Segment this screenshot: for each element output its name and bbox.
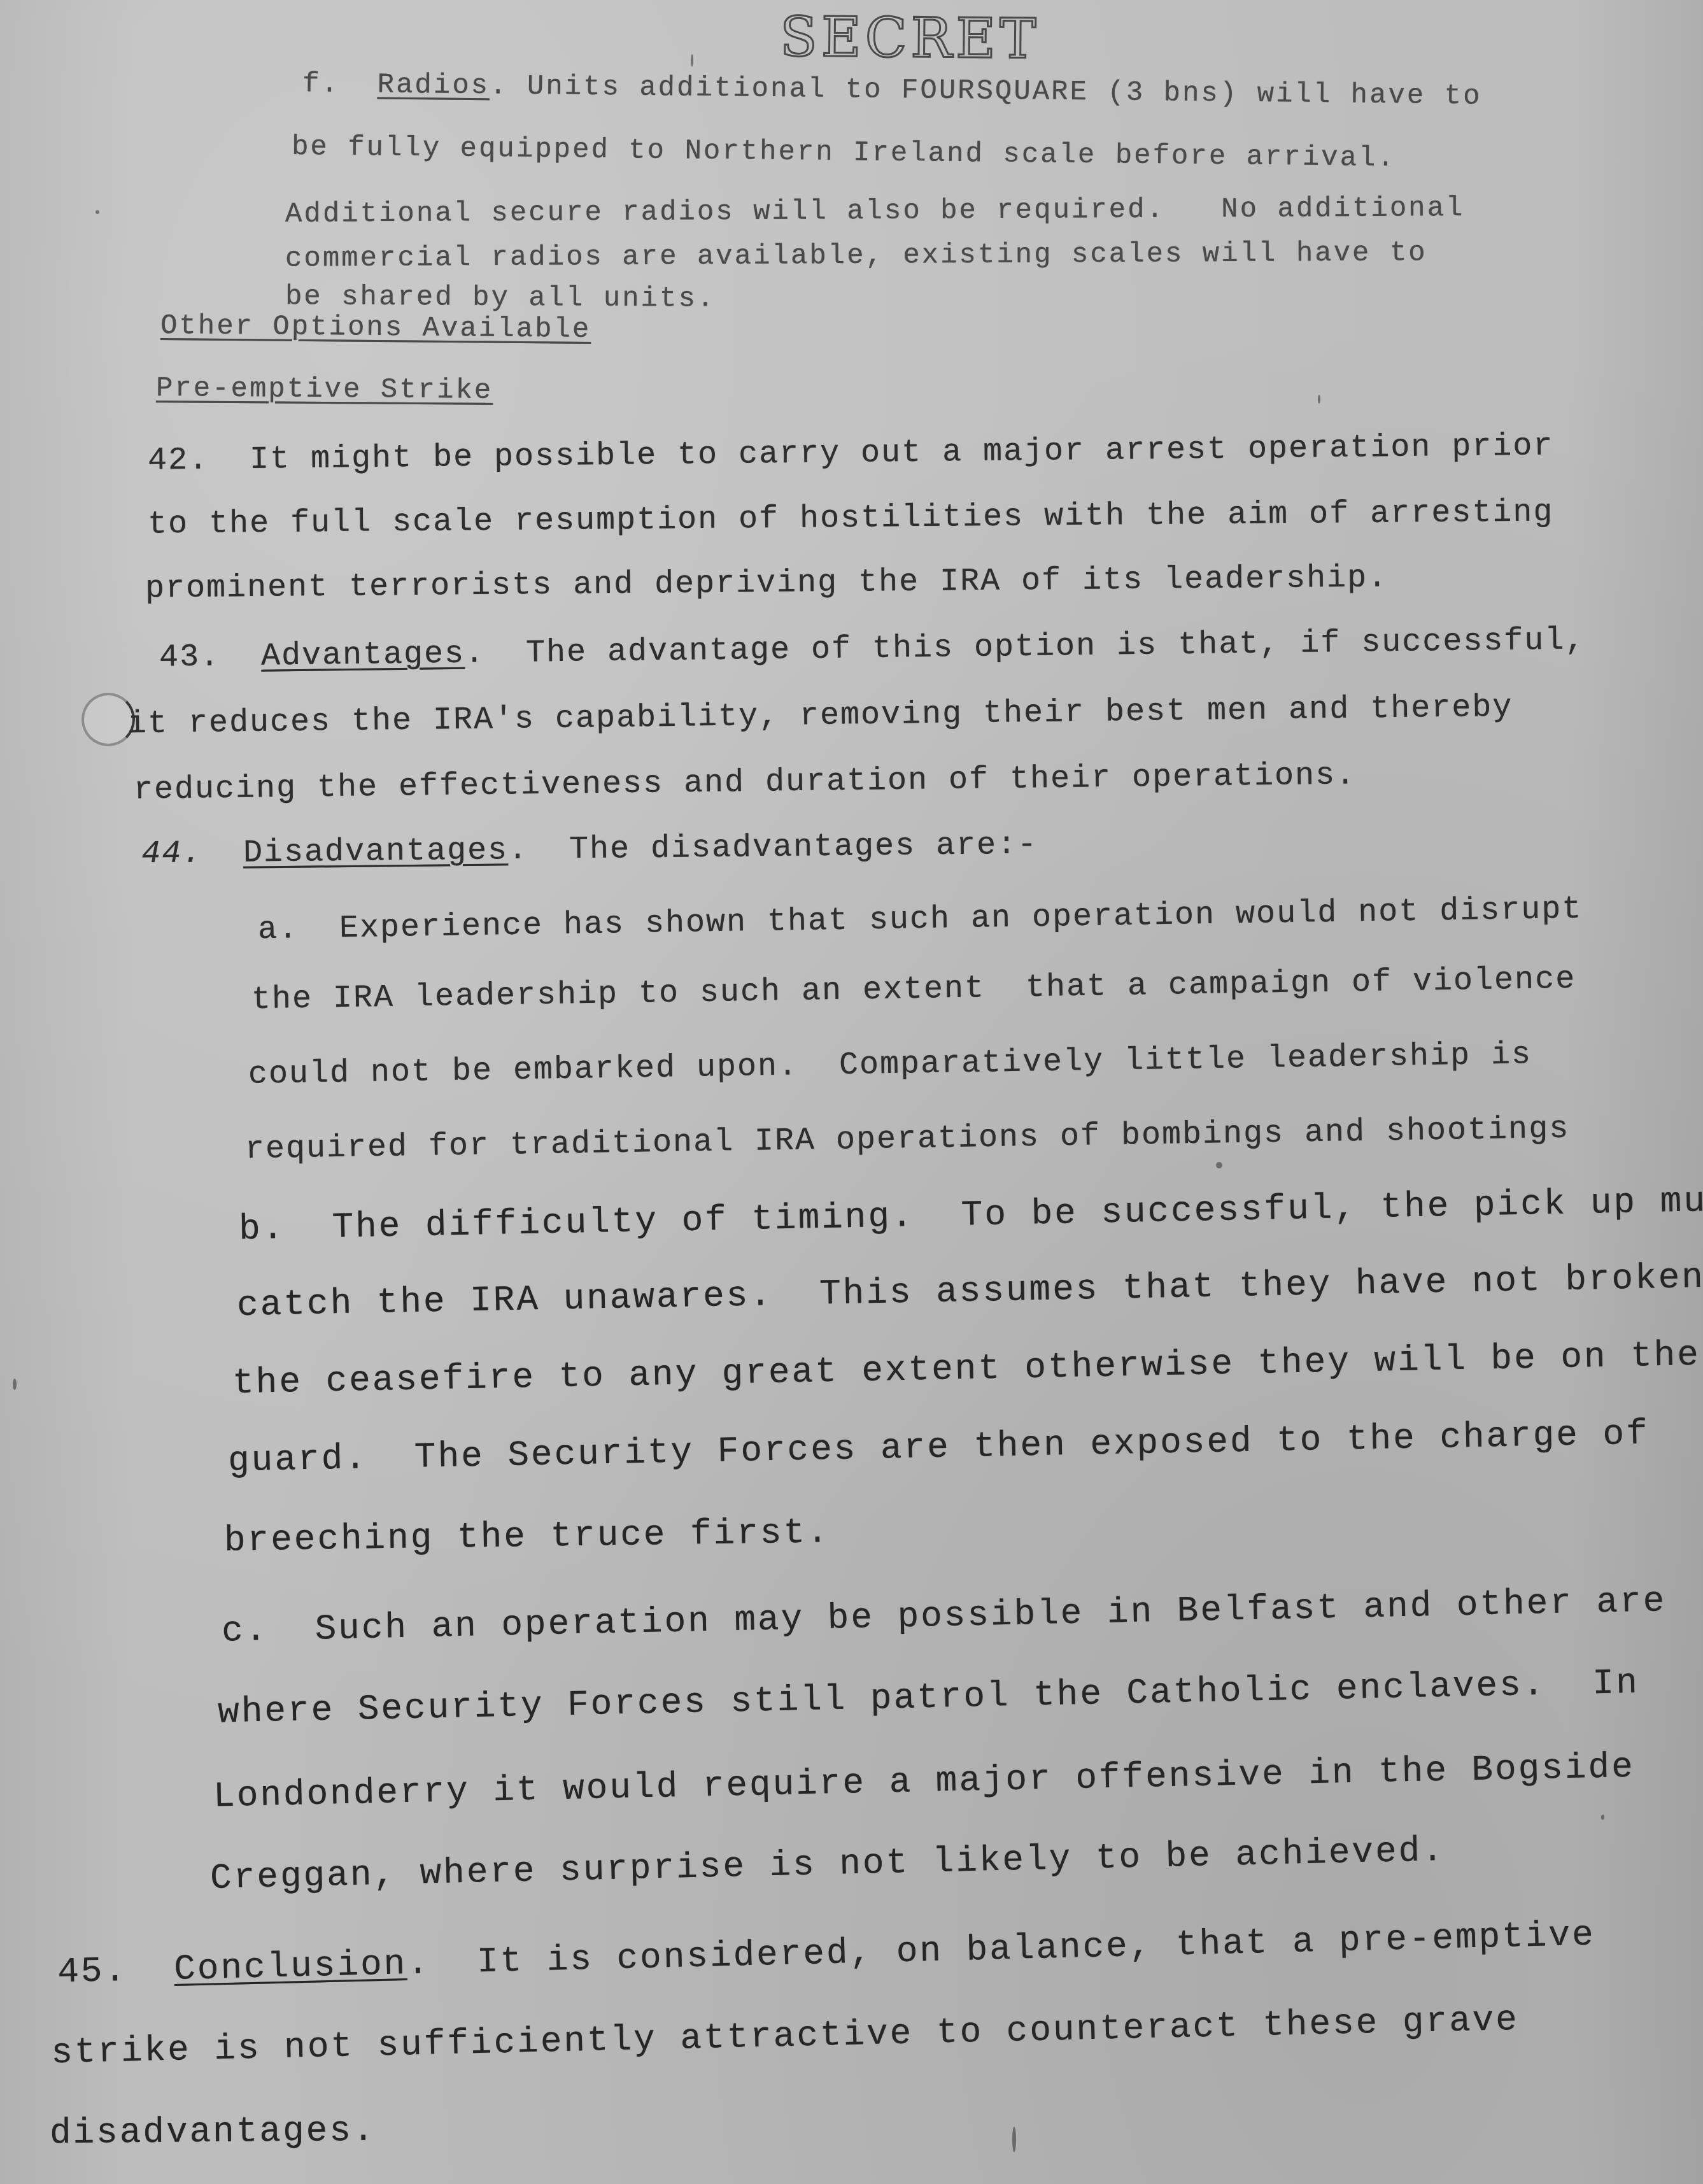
- item-a-line-4: required for traditional IRA operations …: [245, 1114, 1570, 1166]
- paragraph-42-text: It might be possible to carry out a majo…: [250, 428, 1554, 478]
- paragraph-44-line-1: 44. Disadvantages. The disadvantages are…: [141, 830, 1038, 871]
- paragraph-f-heading: Radios: [377, 69, 490, 103]
- paragraph-f-label: f.: [302, 68, 340, 101]
- paragraph-f-text: . Units additional to FOURSQUARE (3 bns)…: [490, 70, 1482, 112]
- paragraph-45-text: . It is considered, on balance, that a p…: [407, 1914, 1596, 1984]
- paragraph-44-intro: . The disadvantages are:-: [508, 827, 1038, 869]
- item-b-line-3: the ceasefire to any great extent otherw…: [232, 1337, 1701, 1401]
- paragraph-43-line-2: it reduces the IRA's capability, removin…: [127, 692, 1513, 741]
- paragraph-42-number: 42.: [148, 443, 209, 479]
- paper-mark: [95, 210, 99, 214]
- item-c-line-3: Londonderry it would require a major off…: [213, 1749, 1636, 1815]
- item-c-line-2: where Security Forces still patrol the C…: [218, 1665, 1640, 1731]
- item-b-line-2: catch the IRA unawares. This assumes tha…: [237, 1259, 1703, 1323]
- item-b-label: b.: [239, 1208, 286, 1249]
- item-c-line-1: c. Such an operation may be possible in …: [222, 1583, 1667, 1649]
- paragraph-f-line-4: commercial radios are available, existin…: [285, 239, 1427, 273]
- item-a-text: Experience has shown that such an operat…: [339, 891, 1583, 947]
- paragraph-43-line-1: 43. Advantages. The advantage of this op…: [159, 625, 1586, 674]
- item-c-text: Such an operation may be possible in Bel…: [314, 1580, 1667, 1649]
- item-b-line-1: b. The difficulty of timing. To be succe…: [239, 1183, 1703, 1247]
- item-b-text: The difficulty of timing. To be successf…: [332, 1181, 1703, 1248]
- paragraph-43-number: 43.: [159, 639, 221, 676]
- paragraph-f-line-1: f. Radios. Units additional to FOURSQUAR…: [302, 70, 1482, 110]
- typewritten-page: SECRET f. Radios. Units additional to FO…: [0, 0, 1703, 2184]
- item-b-line-5: breeching the truce first.: [224, 1514, 830, 1558]
- item-a-line-2: the IRA leadership to such an extent tha…: [251, 964, 1576, 1017]
- paragraph-44-heading: Disadvantages: [243, 832, 509, 871]
- paper-mark: [1601, 1815, 1604, 1820]
- paper-mark: [1216, 1162, 1222, 1168]
- subsection-heading: Pre-emptive Strike: [156, 374, 493, 405]
- paragraph-45-heading: Conclusion: [174, 1943, 408, 1990]
- paragraph-f-line-5: be shared by all units.: [285, 283, 716, 313]
- paragraph-43-text: . The advantage of this option is that, …: [465, 622, 1586, 672]
- paragraph-42-line-3: prominent terrorists and depriving the I…: [145, 562, 1389, 605]
- paragraph-45-number: 45.: [57, 1950, 128, 1993]
- item-a-line-1: a. Experience has shown that such an ope…: [258, 894, 1583, 947]
- item-a-line-3: could not be embarked upon. Comparativel…: [248, 1039, 1532, 1091]
- paragraph-43-line-3: reducing the effectiveness and duration …: [134, 760, 1357, 806]
- paragraph-42-line-2: to the full scale resumption of hostilit…: [148, 497, 1554, 541]
- item-c-label: c.: [222, 1610, 269, 1652]
- item-c-line-4: Creggan, where surprise is not likely to…: [210, 1833, 1446, 1896]
- paper-mark: [691, 54, 693, 67]
- paragraph-45-line-1: 45. Conclusion. It is considered, on bal…: [57, 1917, 1596, 1990]
- paragraph-f-line-3: Additional secure radios will also be re…: [285, 194, 1465, 229]
- paragraph-45-line-2: strike is not sufficiently attractive to…: [51, 2002, 1520, 2071]
- paper-mark: [13, 1379, 17, 1390]
- paragraph-43-heading: Advantages: [261, 636, 465, 675]
- paragraph-44-number: 44.: [141, 835, 203, 872]
- classification-stamp: SECRET: [780, 5, 1040, 71]
- item-a-label: a.: [258, 911, 299, 948]
- section-heading: Other Options Available: [160, 312, 591, 344]
- paper-mark: [1318, 395, 1320, 404]
- item-b-line-4: guard. The Security Forces are then expo…: [228, 1416, 1650, 1479]
- paragraph-42-line-1: 42. It might be possible to carry out a …: [148, 430, 1554, 477]
- paper-mark: [1012, 2127, 1016, 2152]
- paragraph-45-line-3: disadvantages.: [50, 2113, 376, 2151]
- paragraph-f-line-2: be fully equipped to Northern Ireland sc…: [292, 133, 1396, 173]
